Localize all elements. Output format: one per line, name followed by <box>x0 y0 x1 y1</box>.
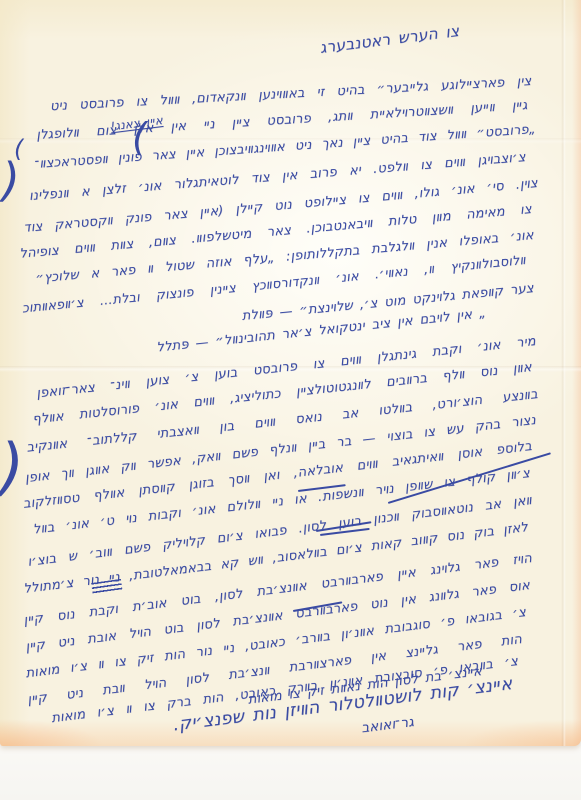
triple-underline-mark <box>91 579 122 595</box>
letter-scan: צו הערש ראטנבערג גר־ואואב צין פארצײלוגע … <box>0 0 581 800</box>
paper-sheet: צו הערש ראטנבערג גר־ואואב צין פארצײלוגע … <box>0 0 581 746</box>
close-paren-mark: ) <box>132 118 147 156</box>
open-paren-mark: ( <box>0 436 24 498</box>
signature: גר־ואואב <box>361 714 415 737</box>
fold-crease-vertical <box>561 0 566 746</box>
letter-salutation-line: צו הערש ראטנבערג <box>281 22 460 62</box>
open-paren-mark: ( <box>2 157 20 203</box>
